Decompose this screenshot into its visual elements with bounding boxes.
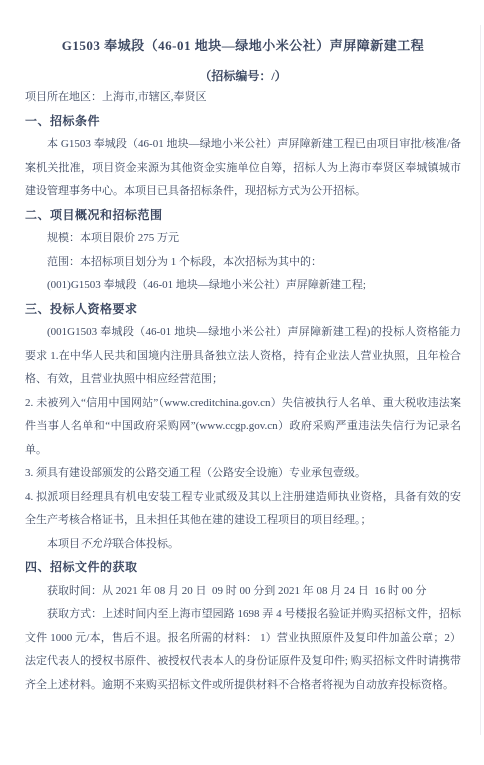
section2-heading: 二、项目概况和招标范围	[25, 204, 461, 228]
section4-heading: 四、招标文件的获取	[25, 556, 461, 580]
section3-heading: 三、投标人资格要求	[25, 298, 461, 322]
section1-heading: 一、招标条件	[25, 110, 461, 134]
document-body: G1503 奉城段（46-01 地块—绿地小米公社）声屏障新建工程 （招标编号：…	[25, 36, 461, 697]
jv-prefix-text: 本项目	[47, 538, 80, 550]
joint-venture-line: 本项目不允许联合体投标。	[25, 533, 461, 557]
qualification-para-4: 4. 拟派项目经理具有机电安装工程专业贰级及其以上注册建造师执业资格，具备有效的…	[25, 486, 461, 533]
qualification-para-2: 2. 未被列入“信用中国网站”（www.creditchina.gov.cn）失…	[25, 392, 461, 463]
jv-suffix-text: 联合体投标。	[113, 538, 179, 550]
obtain-method-paragraph: 获取方式：上述时间内至上海市望园路 1698 弄 4 号楼报名验证并购买招标文件…	[25, 603, 461, 697]
section1-paragraph: 本 G1503 奉城段（46-01 地块—绿地小米公社）声屏障新建工程已由项目审…	[25, 133, 461, 204]
tender-number-line: （招标编号：/）	[25, 66, 461, 86]
qualification-para-1: (001G1503 奉城段（46-01 地块—绿地小米公社）声屏障新建工程)的投…	[25, 321, 461, 392]
qualification-para-3: 3. 须具有建设部颁发的公路交通工程（公路安全设施）专业承包壹级。	[25, 462, 461, 486]
lot-description-line: (001)G1503 奉城段（46-01 地块—绿地小米公社）声屏障新建工程;	[25, 274, 461, 298]
document-title: G1503 奉城段（46-01 地块—绿地小米公社）声屏障新建工程	[25, 36, 461, 56]
obtain-time-line: 获取时间：从 2021 年 08 月 20 日 09 时 00 分到 2021 …	[25, 580, 461, 604]
scan-artifact-line	[480, 25, 481, 735]
project-location-line: 项目所在地区：上海市,市辖区,奉贤区	[25, 86, 461, 110]
project-scale-line: 规模：本项目限价 275 万元	[25, 227, 461, 251]
project-scope-line: 范围：本招标项目划分为 1 个标段，本次招标为其中的：	[25, 251, 461, 275]
jv-not-allowed-italic: 不允许	[80, 538, 113, 550]
tender-notice-page: G1503 奉城段（46-01 地块—绿地小米公社）声屏障新建工程 （招标编号：…	[0, 0, 484, 765]
